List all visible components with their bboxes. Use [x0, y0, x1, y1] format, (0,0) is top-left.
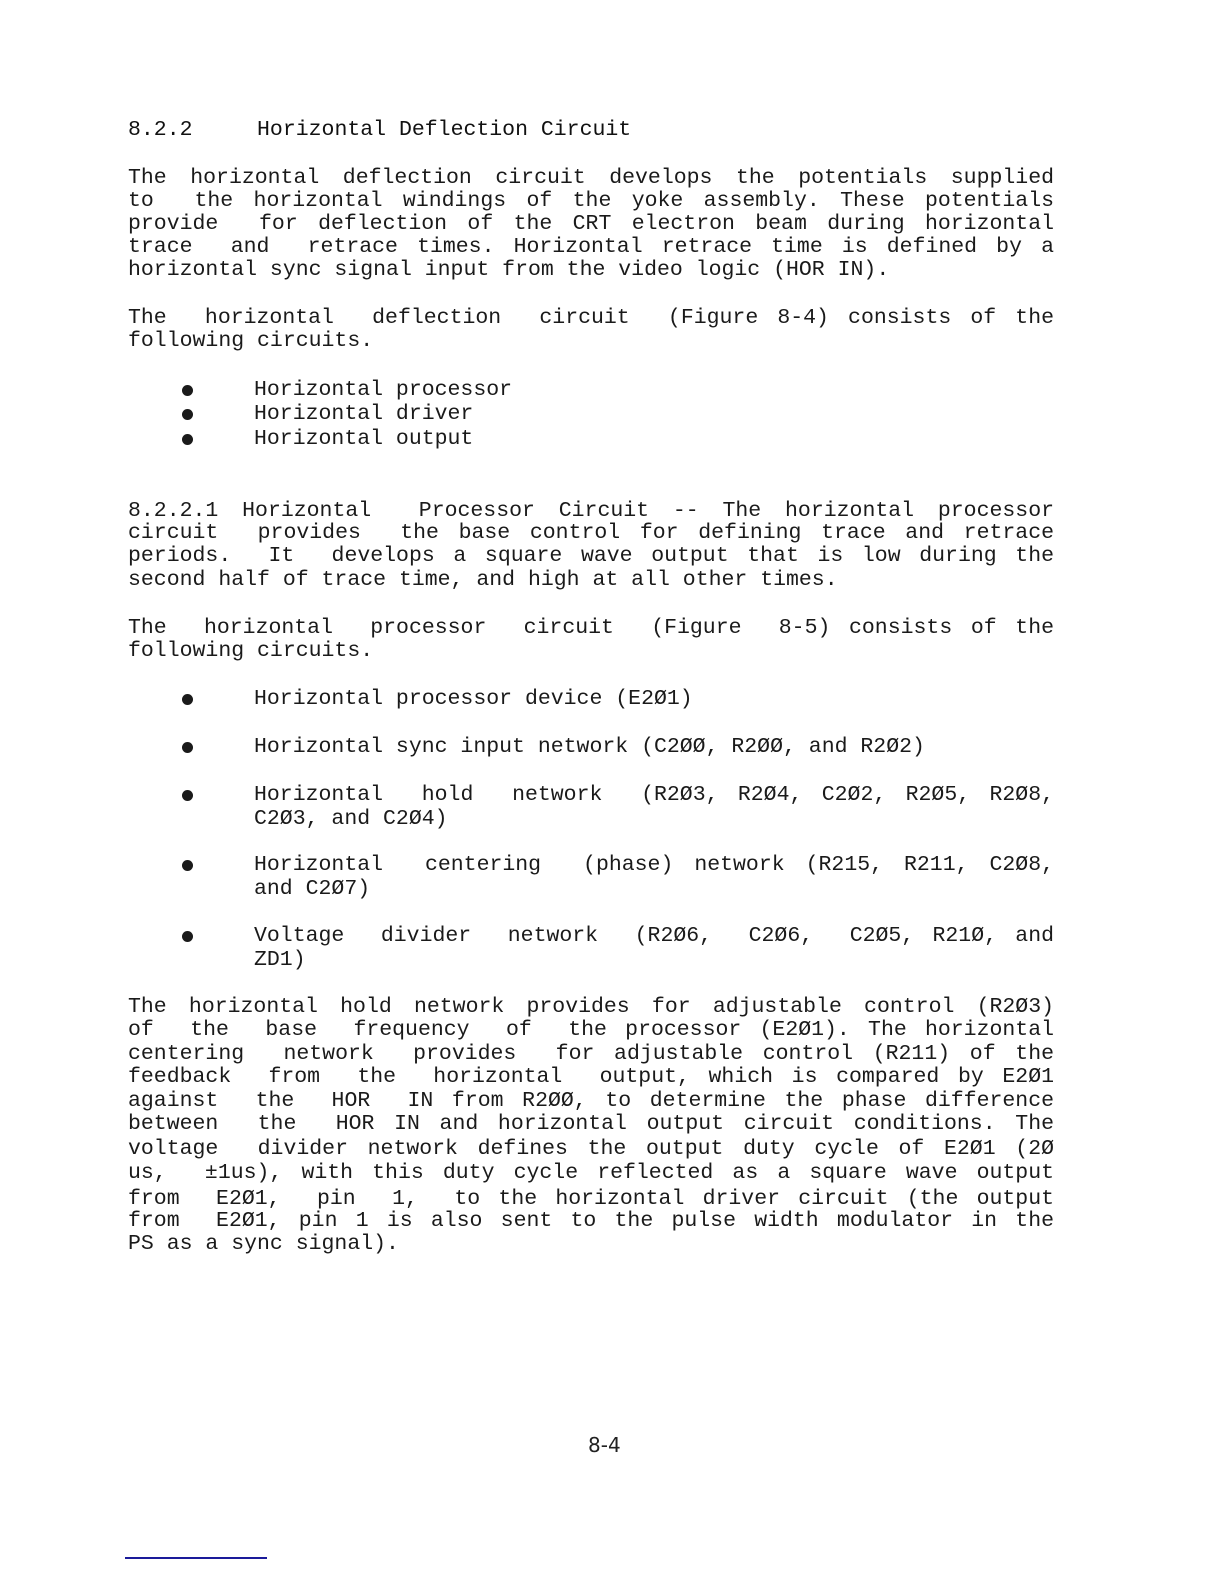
text-line: PS as a sync signal).	[128, 1233, 1054, 1256]
bullet-icon	[182, 409, 193, 420]
list-item: Horizontal hold network (R2Ø3, R2Ø4, C2Ø…	[254, 784, 1054, 807]
list-item-continued: ZD1)	[254, 949, 1054, 972]
text-line: horizontal sync signal input from the vi…	[128, 259, 1054, 282]
text-line: following circuits.	[128, 330, 1054, 353]
bullet-icon	[182, 860, 193, 871]
list-item: Horizontal output	[254, 428, 1054, 451]
bullet-icon	[182, 434, 193, 445]
text-line: circuit provides the base control for de…	[128, 522, 1054, 545]
text-line: trace and retrace times. Horizontal retr…	[128, 236, 1054, 259]
list-item: Horizontal centering (phase) network (R2…	[254, 854, 1054, 877]
text-line: The horizontal deflection circuit (Figur…	[128, 307, 1054, 330]
text-line: feedback from the horizontal output, whi…	[128, 1066, 1054, 1089]
list-item-continued: C2Ø3, and C2Ø4)	[254, 808, 1054, 831]
text-line: The horizontal processor circuit (Figure…	[128, 617, 1054, 640]
list-item: Horizontal driver	[254, 403, 1054, 426]
text-line: from E2Ø1, pin 1 is also sent to the pul…	[128, 1210, 1054, 1233]
section-number: 8.2.2	[128, 118, 193, 142]
bullet-icon	[182, 385, 193, 396]
section-title: Horizontal Deflection Circuit	[257, 118, 631, 142]
text-line: against the HOR IN from R2ØØ, to determi…	[128, 1090, 1054, 1113]
text-line: The horizontal deflection circuit develo…	[128, 167, 1054, 190]
text-line: provide for deflection of the CRT electr…	[128, 213, 1054, 236]
text-line: between the HOR IN and horizontal output…	[128, 1113, 1054, 1136]
list-item: Horizontal processor device (E2Ø1)	[254, 688, 1054, 711]
list-item: Voltage divider network (R2Ø6, C2Ø6, C2Ø…	[254, 925, 1054, 948]
heading-gap	[193, 118, 258, 142]
bullet-icon	[182, 694, 193, 705]
bullet-icon	[182, 742, 193, 753]
text-line: The horizontal hold network provides for…	[128, 996, 1054, 1019]
list-item-continued: and C2Ø7)	[254, 878, 1054, 901]
text-line: 8.2.2.1 Horizontal Processor Circuit -- …	[128, 500, 1054, 523]
page-number: 8-4	[588, 1433, 621, 1457]
text-line: from E2Ø1, pin 1, to the horizontal driv…	[128, 1188, 1054, 1211]
text-line: of the base frequency of the processor (…	[128, 1019, 1054, 1042]
text-line: to the horizontal windings of the yoke a…	[128, 190, 1054, 213]
section-heading: 8.2.2 Horizontal Deflection Circuit	[128, 119, 1054, 142]
list-item: Horizontal sync input network (C2ØØ, R2Ø…	[254, 736, 1054, 759]
text-line: us, ±1us), with this duty cycle reflecte…	[128, 1162, 1054, 1185]
text-line: following circuits.	[128, 640, 1054, 663]
bullet-icon	[182, 931, 193, 942]
text-line: centering network provides for adjustabl…	[128, 1043, 1054, 1066]
footer-rule	[125, 1557, 267, 1559]
list-item: Horizontal processor	[254, 379, 1054, 402]
text-line: second half of trace time, and high at a…	[128, 569, 1054, 592]
text-line: periods. It develops a square wave outpu…	[128, 545, 1054, 568]
text-line: voltage divider network defines the outp…	[128, 1138, 1054, 1161]
bullet-icon	[182, 790, 193, 801]
document-page: 8.2.2 Horizontal Deflection Circuit The …	[0, 0, 1224, 1584]
